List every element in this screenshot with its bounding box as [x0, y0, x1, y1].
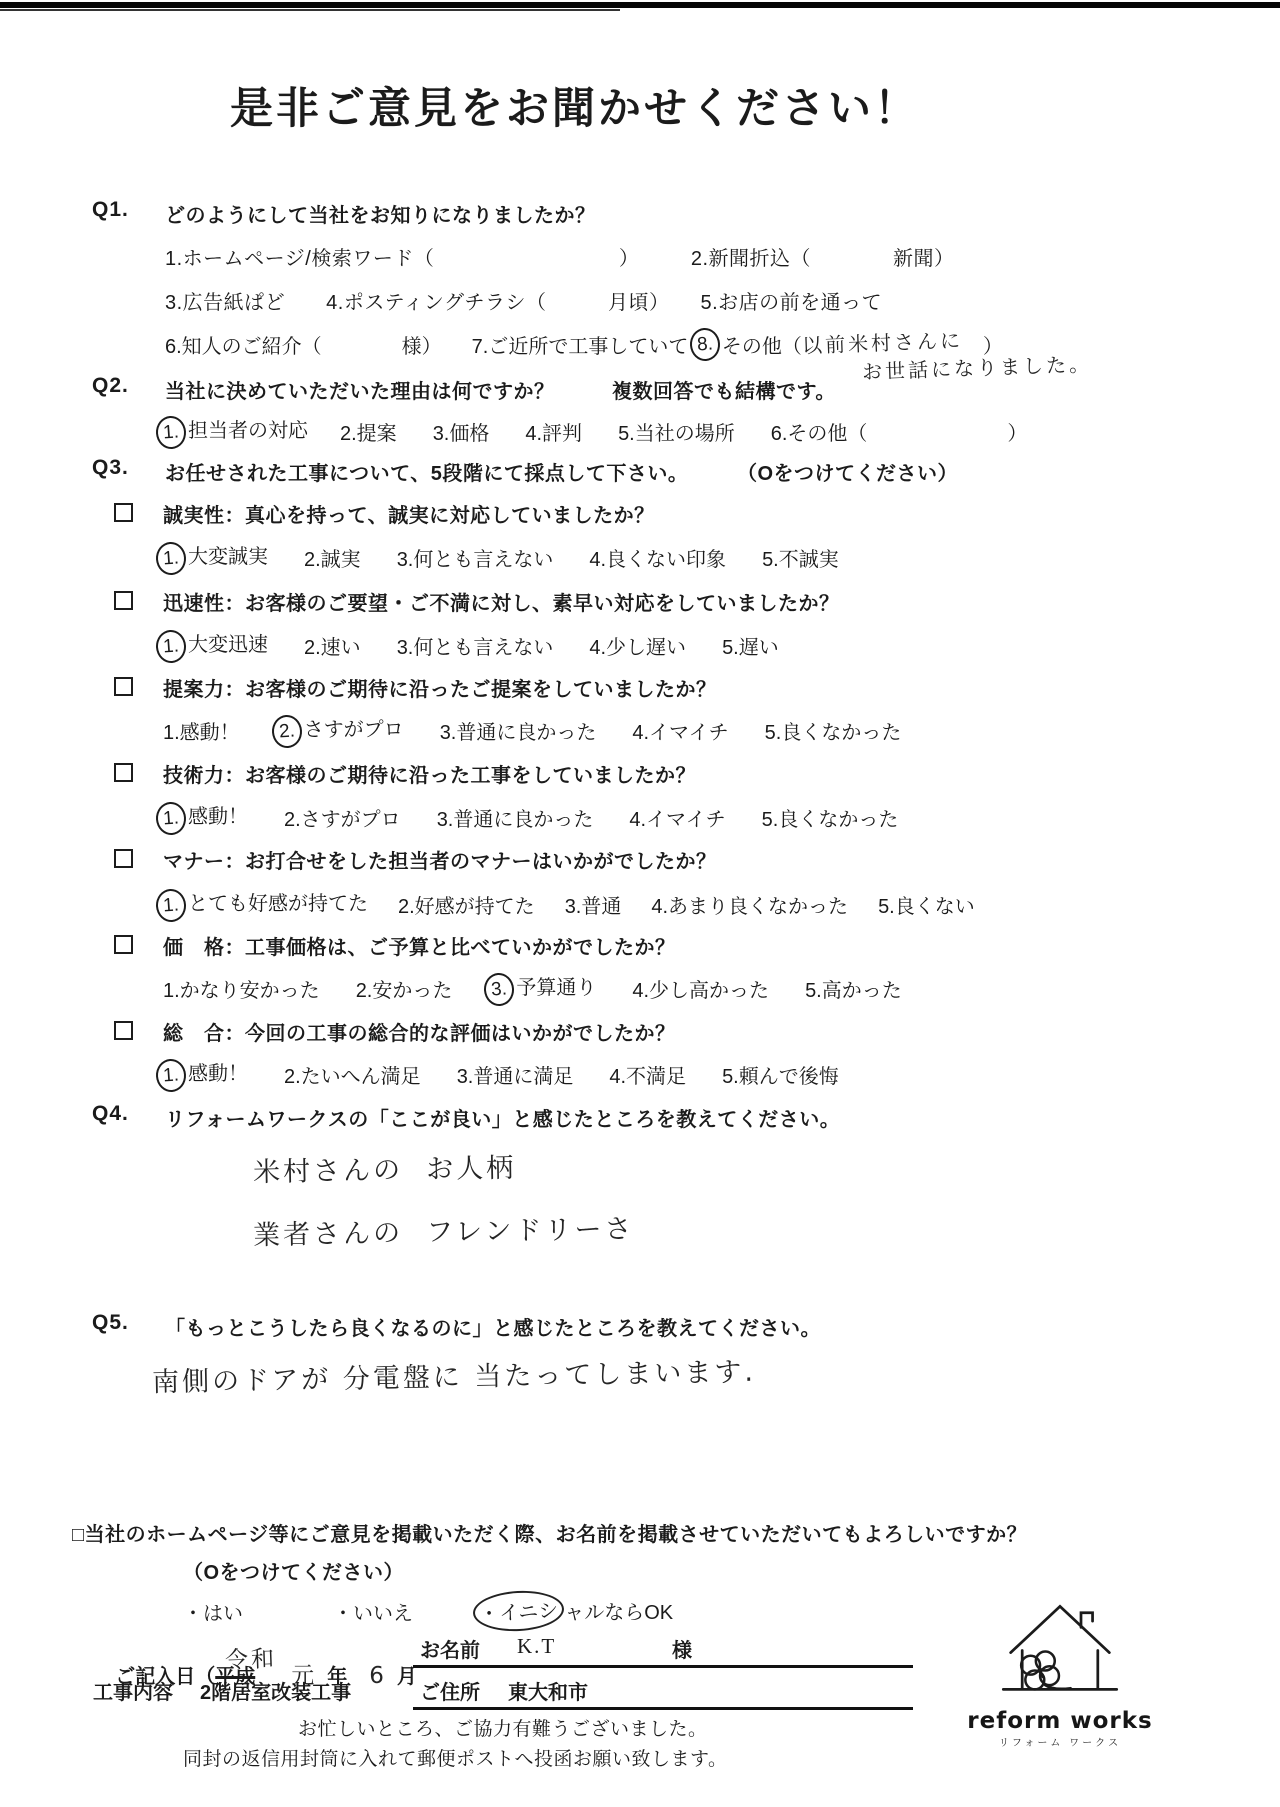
q3-item7-option-5: 5.頼んで後悔 — [722, 1060, 839, 1089]
logo-name: reform works — [960, 1708, 1160, 1734]
q5-handwritten-answer: 南側のドアが 分電盤に 当たってしまいます. — [152, 1350, 757, 1400]
scan-edge-bar-2 — [0, 9, 620, 11]
q3-label: Q3. — [92, 456, 129, 480]
q3-item2-option-5: 5.遅い — [722, 631, 779, 660]
q3-item1-option-2: 2.誠実 — [304, 543, 361, 572]
address-underline — [413, 1707, 913, 1710]
q3-item7-checkbox — [114, 1021, 133, 1040]
q3-item6-option-4: 4.少し高かった — [632, 974, 769, 1003]
q3-item5-option-2: 2.好感が持てた — [398, 890, 535, 919]
q3-item3-option-3: 3.普通に良かった — [440, 716, 597, 745]
q3-item5-option-3: 3.普通 — [565, 890, 622, 919]
q3-item7-option-3: 3.普通に満足 — [457, 1060, 574, 1089]
q2-option-2: 2.提案 — [340, 417, 397, 446]
q3-item4-options: 1.感動！ 2.さすがプロ 3.普通に良かった 4.イマイチ 5.良くなかった — [160, 800, 898, 835]
q1-question: どのようにして当社をお知りになりましたか？ — [165, 199, 596, 228]
q4-question: リフォームワークスの「ここが良い」と感じたところを教えてください。 — [165, 1103, 840, 1132]
q3-item2-checkbox — [114, 591, 133, 610]
q5-question: 「もっとこうしたら良くなるのに」と感じたところを教えてください。 — [165, 1312, 821, 1341]
q3-item7-option-4: 4.不満足 — [609, 1060, 686, 1089]
work-label: 工事内容 — [93, 1676, 173, 1705]
q3-item2-title: 迅速性：お客様のご要望・ご不満に対し、素早い対応をしていましたか？ — [163, 587, 840, 616]
q3-item7-options: 1.感動！ 2.たいへん満足 3.普通に満足 4.不満足 5.頼んで後悔 — [160, 1057, 839, 1092]
work-value: 2階居室改装工事 — [200, 1676, 351, 1705]
month-handwritten: 6 — [369, 1663, 387, 1689]
q3-item2-option-4: 4.少し遅い — [589, 631, 686, 660]
q4-handwritten-answer-1: 米村さんの お人柄 — [253, 1146, 517, 1190]
q3-item6-option-1: 1.かなり安かった — [163, 974, 320, 1003]
q3-item3-option-2-selected: 2.さすがプロ — [276, 713, 404, 748]
q1-option-8: その他（ — [722, 330, 802, 359]
q3-item2-option-2: 2.速い — [304, 631, 361, 660]
q2-option-1-selected: 1.担当者の対応 — [160, 414, 308, 449]
q3-item5-title: マナー：お打合せをした担当者のマナーはいかがでしたか？ — [163, 845, 717, 874]
q3-item1-title: 誠実性：真心を持って、誠実に対応していましたか？ — [163, 499, 655, 528]
q3-item7-option-2: 2.たいへん満足 — [284, 1060, 421, 1089]
q4-handwritten-answer-2: 業者さんの フレンドリーさ — [253, 1207, 635, 1253]
q3-item7-option-1-selected: 1.感動！ — [160, 1057, 248, 1092]
thanks-line-1: お忙しいところ、ご協力有難うございました。 — [298, 1714, 708, 1741]
q1-label: Q1. — [92, 198, 129, 222]
q3-item6-checkbox — [114, 935, 133, 954]
publish-option-initial-selected: ・イニシャルならOK — [473, 1591, 673, 1631]
q3-item4-checkbox — [114, 763, 133, 782]
publish-option-no: ・いいえ — [333, 1597, 413, 1626]
q3-item6-options: 1.かなり安かった 2.安かった 3.予算通り 4.少し高かった 5.高かった — [163, 971, 902, 1006]
q2-option-6: 6.その他（ ） — [771, 417, 1028, 446]
q3-item2-options: 1.大変迅速 2.速い 3.何とも言えない 4.少し遅い 5.遅い — [160, 628, 779, 663]
q2-question: 当社に決めていただいた理由は何ですか？ — [165, 375, 555, 404]
month-suffix: 月 — [397, 1666, 417, 1688]
q3-item5-options: 1.とても好感が持てた 2.好感が持てた 3.普通 4.あまり良くなかった 5.… — [160, 887, 975, 922]
q3-item6-option-3-selected: 3.予算通り — [488, 971, 596, 1006]
q2-option-5: 5.当社の場所 — [618, 417, 735, 446]
q3-item5-checkbox — [114, 849, 133, 868]
q3-item7-title: 総 合：今回の工事の総合的な評価はいかがでしたか？ — [163, 1017, 676, 1046]
form-title: 是非ご意見をお聞かせください！ — [150, 75, 1000, 136]
thanks-line-2: 同封の返信用封筒に入れて郵便ポストへ投函お願い致します。 — [183, 1744, 727, 1771]
q3-item1-checkbox — [114, 503, 133, 522]
publish-instruction: （Oをつけてください） — [183, 1556, 404, 1585]
q3-item3-option-1: 1.感動！ — [163, 716, 240, 745]
q3-item5-option-4: 4.あまり良くなかった — [651, 890, 848, 919]
survey-form-page: 是非ご意見をお聞かせください！ Q1. どのようにして当社をお知りになりましたか… — [0, 0, 1280, 1807]
q3-item3-option-5: 5.良くなかった — [765, 716, 902, 745]
q3-item4-option-5: 5.良くなかった — [762, 803, 899, 832]
q5-label: Q5. — [92, 1311, 129, 1335]
logo-kana: リフォーム ワークス — [960, 1734, 1160, 1749]
name-underline — [413, 1665, 913, 1668]
q3-question: お任せされた工事について、5段階にて採点して下さい。 — [165, 457, 688, 486]
q4-label: Q4. — [92, 1102, 129, 1126]
q3-item1-option-5: 5.不誠実 — [762, 543, 839, 572]
publish-options: ・はい ・いいえ ・イニシャルならOK — [183, 1591, 673, 1631]
name-suffix: 様 — [672, 1634, 692, 1663]
scan-edge-bar — [0, 2, 1280, 8]
address-label: ご住所 — [420, 1676, 480, 1705]
q3-item6-option-2: 2.安かった — [356, 974, 453, 1003]
name-label: お名前 — [420, 1634, 480, 1663]
q3-item4-title: 技術力：お客様のご期待に沿った工事をしていましたか？ — [163, 759, 696, 788]
q3-item3-option-4: 4.イマイチ — [632, 716, 728, 745]
q3-item3-options: 1.感動！ 2.さすがプロ 3.普通に良かった 4.イマイチ 5.良くなかった — [163, 713, 901, 748]
q1-options-row2: 3.広告紙ぱど 4.ポスティングチラシ（ 月頃） 5.お店の前を通って — [165, 286, 882, 315]
q1-options-row1: 1.ホームページ/検索ワード（ ） 2.新聞折込（ 新聞） — [165, 242, 955, 271]
q3-item4-option-4: 4.イマイチ — [629, 803, 725, 832]
q3-item5-option-1-selected: 1.とても好感が持てた — [160, 887, 368, 922]
q3-item1-option-4: 4.良くない印象 — [589, 543, 726, 572]
q3-item3-title: 提案力：お客様のご期待に沿ったご提案をしていましたか？ — [163, 673, 717, 702]
q3-item1-option-1-selected: 1.大変誠実 — [160, 540, 268, 575]
q3-item1-options: 1.大変誠実 2.誠実 3.何とも言えない 4.良くない印象 5.不誠実 — [160, 540, 839, 575]
q3-item4-option-3: 3.普通に良かった — [437, 803, 594, 832]
q1-option-6-7: 6.知人のご紹介（ 様） 7.ご近所で工事していて — [165, 330, 694, 359]
address-value: 東大和市 — [508, 1676, 588, 1705]
q2-note: 複数回答でも結構です。 — [612, 375, 836, 404]
q2-options: 1.担当者の対応 2.提案 3.価格 4.評判 5.当社の場所 6.その他（ ） — [160, 414, 1027, 449]
publish-selected-circle: ・イニシ — [472, 1589, 565, 1634]
q3-item1-option-3: 3.何とも言えない — [397, 543, 554, 572]
q2-option-3: 3.価格 — [433, 417, 490, 446]
q3-item5-option-5: 5.良くない — [878, 890, 975, 919]
q3-item4-option-2: 2.さすがプロ — [284, 803, 401, 832]
era-handwritten: 令和 — [225, 1640, 278, 1675]
q3-item6-title: 価 格：工事価格は、ご予算と比べていかがでしたか？ — [163, 931, 676, 960]
q3-item4-option-1-selected: 1.感動！ — [160, 800, 248, 835]
q2-label: Q2. — [92, 374, 129, 398]
q3-item6-option-5: 5.高かった — [805, 974, 902, 1003]
q3-note: （Oをつけてください） — [737, 457, 958, 486]
publish-question: □当社のホームページ等にご意見を掲載いただく際、お名前を掲載させていただいてもよ… — [72, 1518, 1027, 1547]
name-value: K.T — [517, 1634, 556, 1659]
company-logo: reform works リフォーム ワークス — [960, 1598, 1160, 1749]
q2-option-4: 4.評判 — [525, 417, 582, 446]
house-clover-icon — [995, 1598, 1125, 1703]
q3-item2-option-3: 3.何とも言えない — [397, 631, 554, 660]
publish-option-yes: ・はい — [183, 1597, 243, 1626]
q3-item3-checkbox — [114, 677, 133, 696]
q3-item2-option-1-selected: 1.大変迅速 — [160, 628, 268, 663]
